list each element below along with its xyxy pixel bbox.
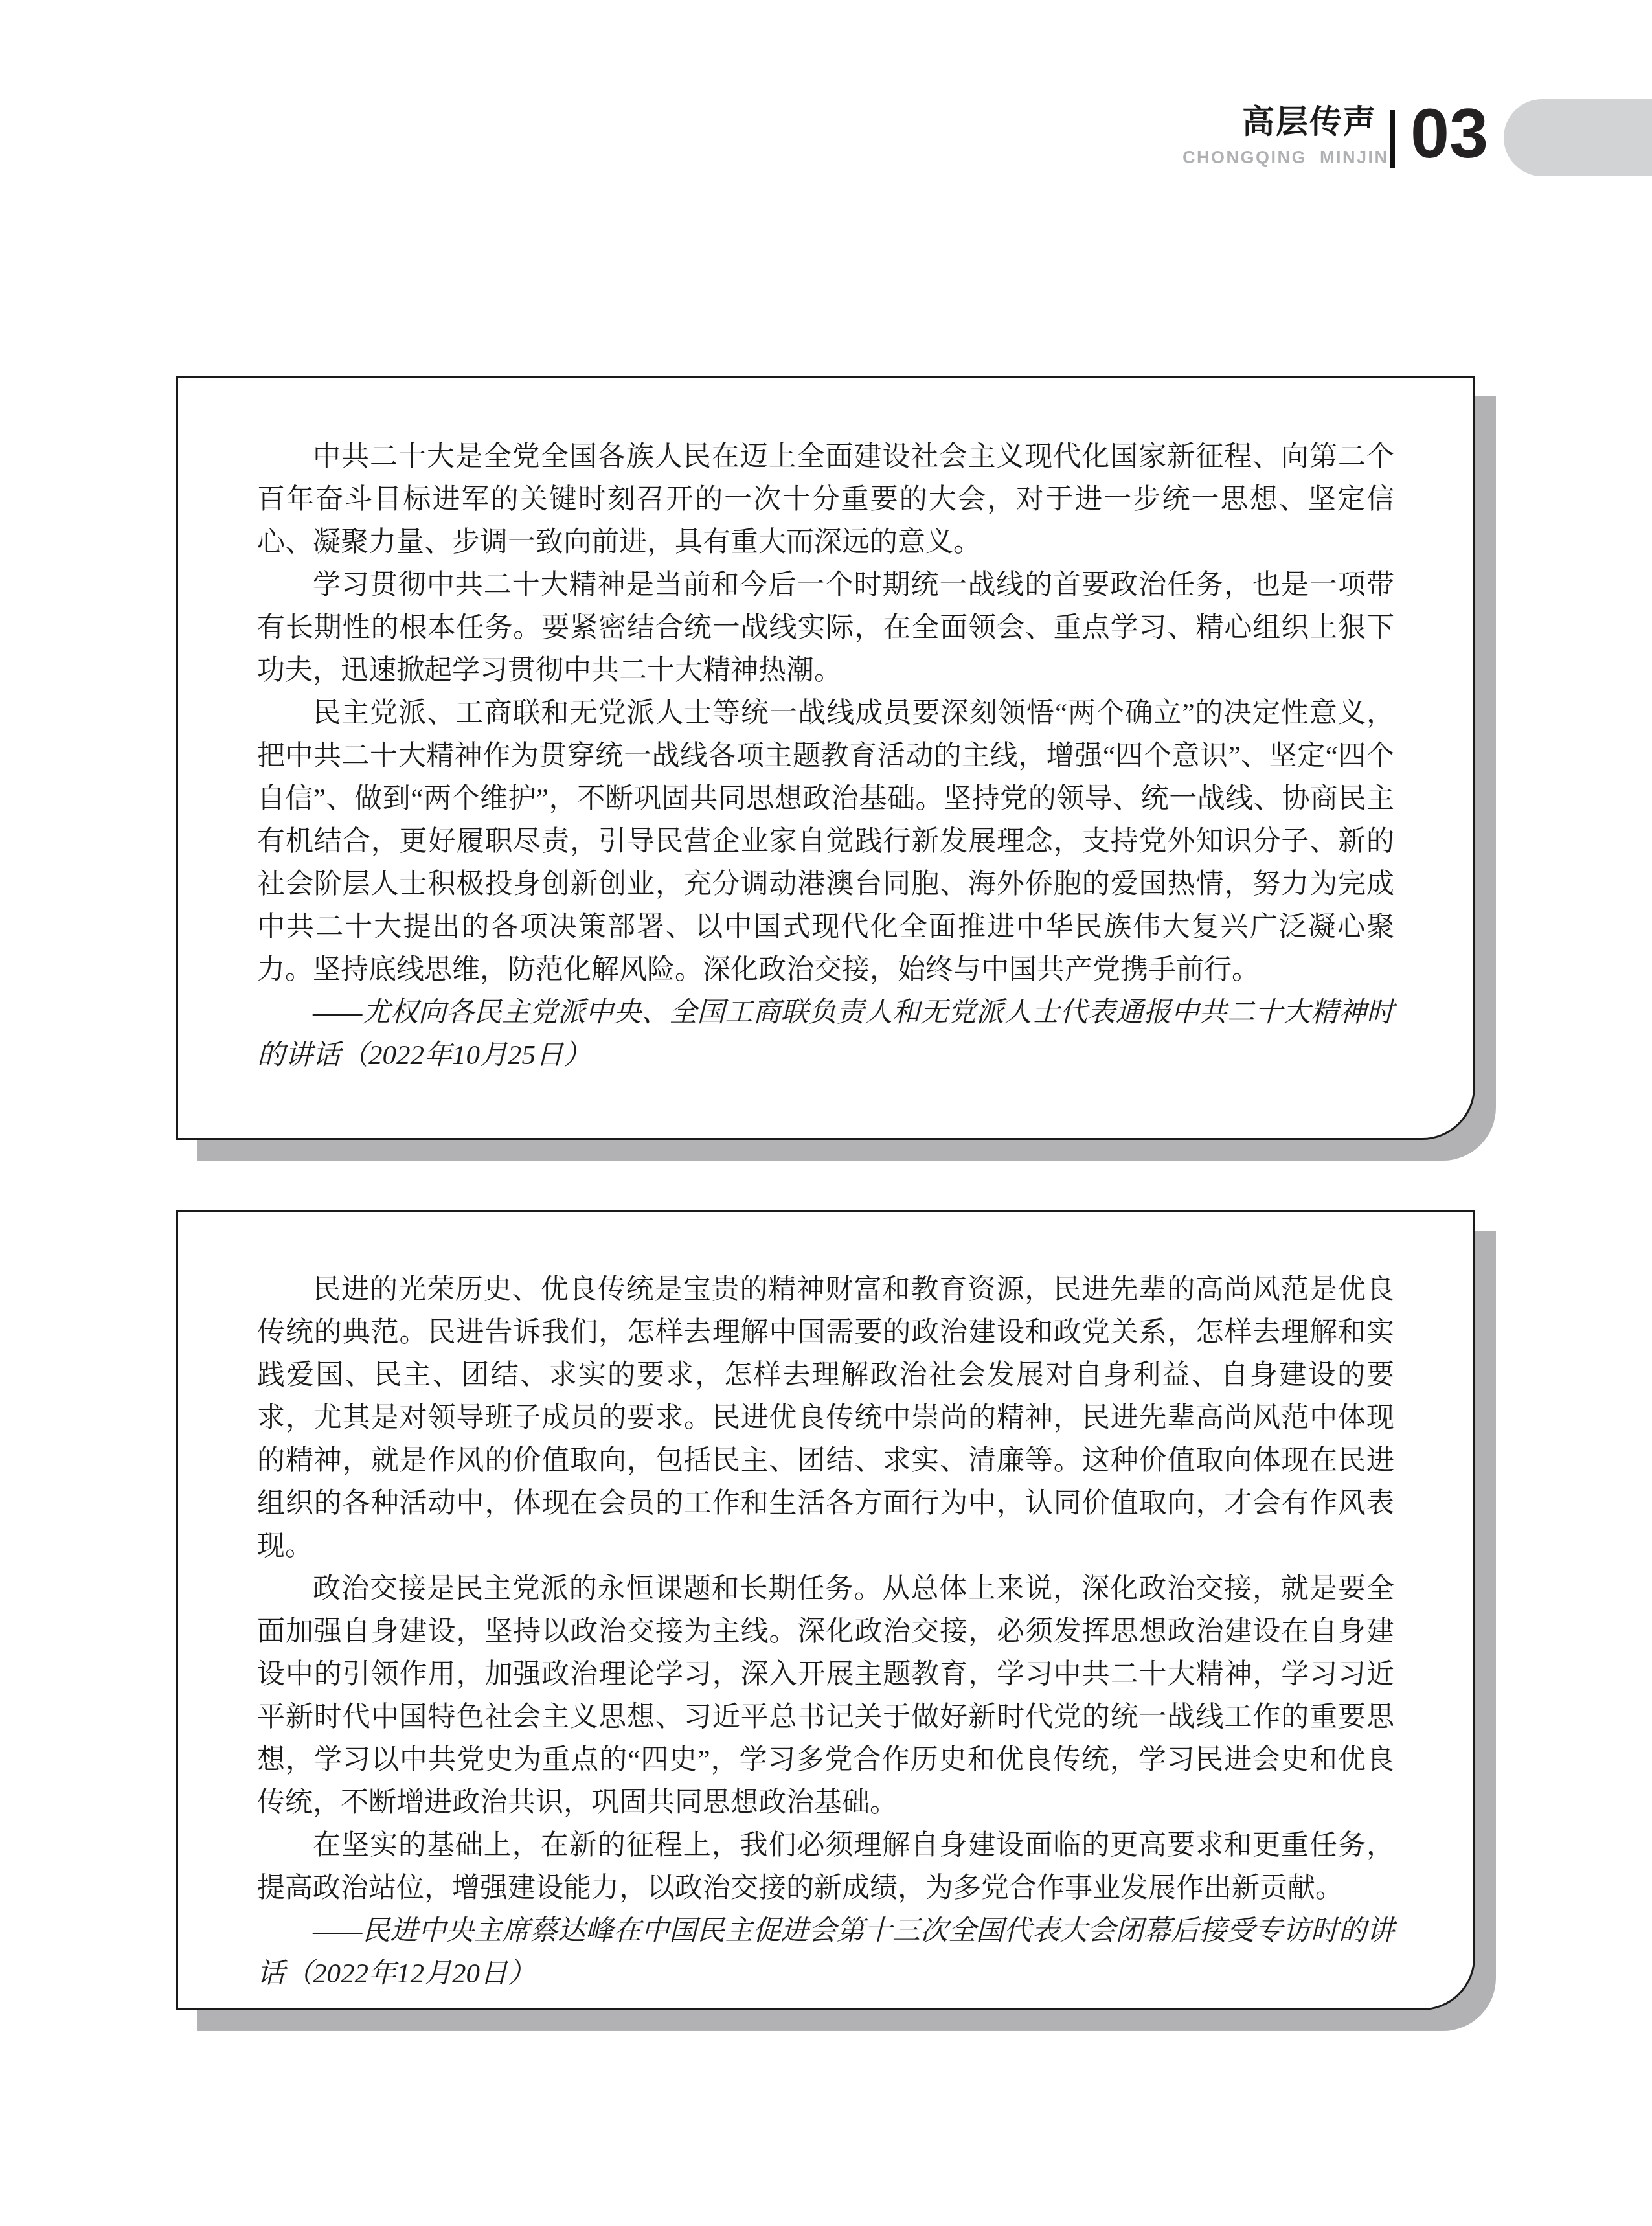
section-title: 高层传声 [1242,104,1377,140]
quote-paragraph: 政治交接是民主党派的永恒课题和长期任务。从总体上来说，深化政治交接，就是要全面加… [257,1568,1394,1824]
corner-tab-shape [1504,99,1652,176]
quote-paragraph: 在坚实的基础上，在新的征程上，我们必须理解自身建设面临的更高要求和更重任务，提高… [257,1824,1394,1910]
quote-box-2: 民进的光荣历史、优良传统是宝贵的精神财富和教育资源，民进先辈的高尚风范是优良传统… [176,1210,1475,2010]
magazine-page: 高层传声 CHONGQING MINJIN 03 中共二十大是全党全国各族人民在… [0,0,1652,2226]
quote-paragraph: 中共二十大是全党全国各族人民在迈上全面建设社会主义现代化国家新征程、向第二个百年… [257,436,1394,564]
quote-box-1: 中共二十大是全党全国各族人民在迈上全面建设社会主义现代化国家新征程、向第二个百年… [176,376,1475,1140]
quote-paragraph: 民主党派、工商联和无党派人士等统一战线成员要深刻领悟“两个确立”的决定性意义，把… [257,692,1394,992]
page-number: 03 [1410,98,1488,168]
quote-attribution: ——尤权向各民主党派中央、全国工商联负责人和无党派人士代表通报中共二十大精神时的… [257,992,1394,1077]
quote-attribution: ——民进中央主席蔡达峰在中国民主促进会第十三次全国代表大会闭幕后接受专访时的讲话… [257,1910,1394,1995]
header-divider [1390,110,1395,168]
quote-paragraph: 学习贯彻中共二十大精神是当前和今后一个时期统一战线的首要政治任务，也是一项带有长… [257,564,1394,692]
page-header: 高层传声 CHONGQING MINJIN 03 [0,0,1652,220]
journal-name-en: CHONGQING MINJIN [1182,148,1389,168]
quote-paragraph: 民进的光荣历史、优良传统是宝贵的精神财富和教育资源，民进先辈的高尚风范是优良传统… [257,1269,1394,1568]
